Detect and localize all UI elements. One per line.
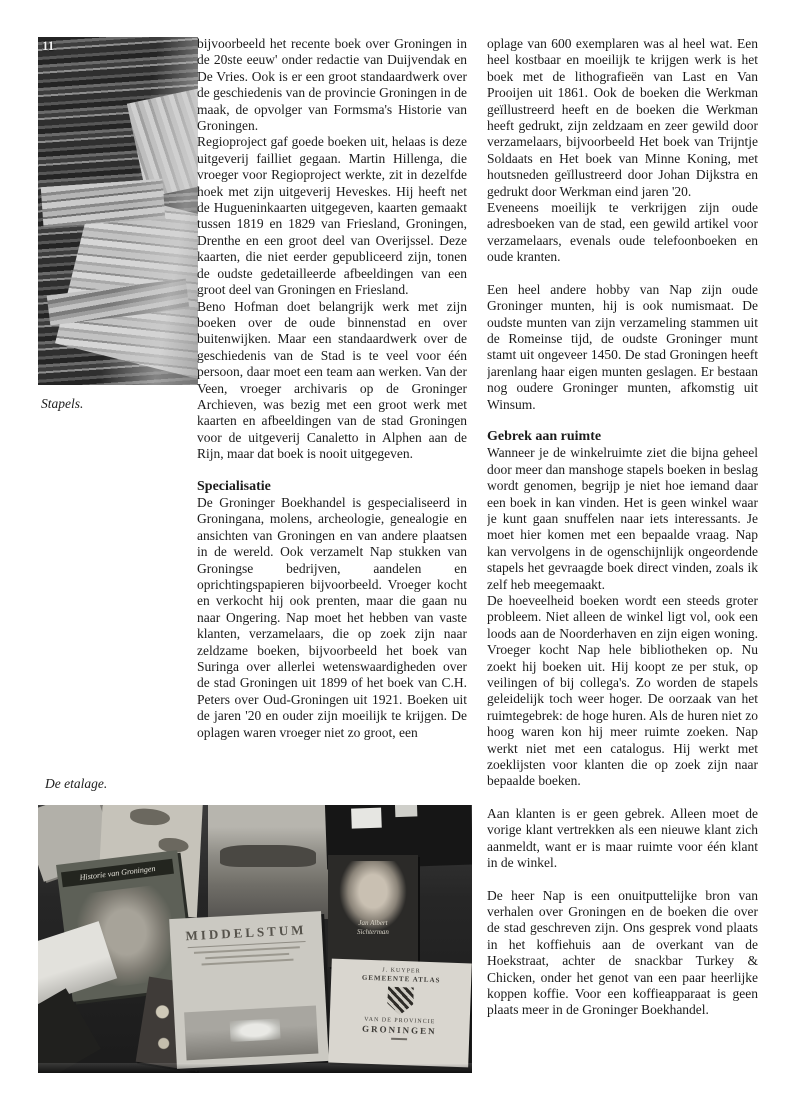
photo-shading: [38, 37, 198, 385]
paragraph: De Groninger Boekhandel is gespecialisee…: [197, 495, 467, 741]
column-middle: bijvoorbeeld het recente boek over Groni…: [197, 36, 467, 802]
atlas-year-mark: [391, 1038, 407, 1041]
paragraph: Wanneer je de winkelruimte ziet die bijn…: [487, 445, 758, 593]
paragraph: bijvoorbeeld het recente boek over Groni…: [197, 36, 467, 134]
book-title: Historie van Groningen: [61, 859, 174, 888]
page-number: 11: [42, 38, 54, 54]
book-title: Jan Albert Sichterman: [328, 919, 418, 937]
caption-etalage: De etalage.: [45, 776, 107, 792]
paragraph: De heer Nap is een onuitputtelijke bron …: [487, 888, 758, 1019]
subtitle-line: [205, 953, 289, 959]
paragraph: Beno Hofman doet belangrijk werk met zij…: [197, 299, 467, 463]
photo-book-stacks: 11: [38, 37, 198, 385]
book-sichterman: Jan Albert Sichterman: [328, 855, 418, 967]
coat-of-arms: [387, 987, 414, 1016]
book-title-line2: Sichterman: [328, 928, 418, 937]
building-illustration: [229, 1018, 280, 1042]
section-heading-specialisatie: Specialisatie: [197, 479, 467, 495]
photo-window-display: Historie van Groningen MIDDELSTUM Jan Al…: [38, 805, 472, 1073]
vignette-illustration: [130, 808, 171, 826]
photo-bottom-shadow: [38, 1063, 472, 1073]
paragraph: oplage van 600 exemplaren was al heel wa…: [487, 36, 758, 200]
paragraph: Een heel andere hobby van Nap zijn oude …: [487, 282, 758, 413]
cover-photo: [184, 1006, 318, 1061]
book-spine-label: [351, 808, 382, 829]
panorama-town-silhouette: [220, 845, 316, 867]
column-right: oplage van 600 exemplaren was al heel wa…: [487, 36, 758, 1076]
caption-stapels: Stapels.: [41, 396, 83, 412]
paragraph: Aan klanten is er geen gebrek. Alleen mo…: [487, 806, 758, 872]
book-gemeente-atlas: J. KUYPER GEMEENTE ATLAS VAN DE PROVINCI…: [328, 959, 472, 1068]
book-spine-label: [395, 805, 417, 817]
paragraph: Regioproject gaf goede boeken uit, helaa…: [197, 134, 467, 298]
section-heading-gebrek-aan-ruimte: Gebrek aan ruimte: [487, 429, 758, 445]
book-middelstum: MIDDELSTUM: [169, 911, 329, 1069]
magazine-page: 11 Stapels. De etalage. bijvoorbeeld het…: [0, 0, 790, 1118]
book-title-line1: Jan Albert: [328, 919, 418, 928]
paragraph: De hoeveelheid boeken wordt een steeds g…: [487, 593, 758, 790]
paragraph: Eveneens moeilijk te verkrijgen zijn oud…: [487, 200, 758, 266]
shadow-wedge: [38, 988, 101, 1073]
book-panorama: [208, 805, 332, 919]
subtitle-line: [202, 959, 293, 966]
